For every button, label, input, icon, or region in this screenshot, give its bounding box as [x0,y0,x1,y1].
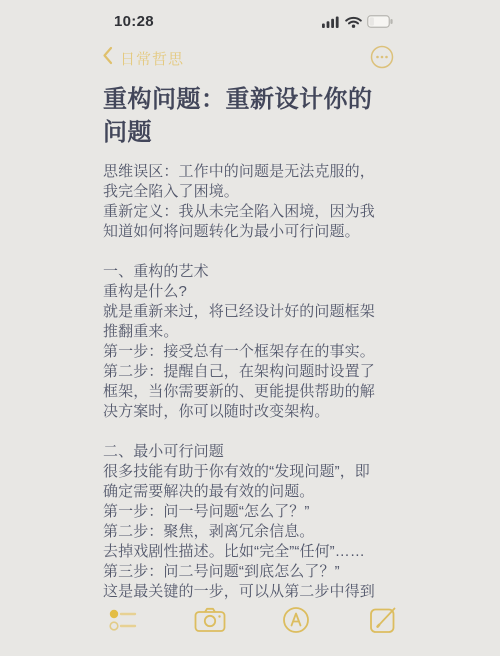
section-heading: 一、重构的艺术 [103,262,393,282]
text-line: 去掉戏剧性描述。比如“完全”“任何”…… [103,542,393,562]
compose-icon [369,606,397,639]
camera-button[interactable] [194,606,226,638]
text-line: 知道如何将问题转化为最小可行问题。 [103,222,393,242]
text-line: 第二步：聚焦，剥离冗余信息。 [103,522,393,542]
checklist-button[interactable] [107,606,139,638]
text-line: 决方案时，你可以随时改变架构。 [103,402,393,422]
more-options-button[interactable] [370,45,394,69]
wifi-icon [345,15,362,33]
section-1: 一、重构的艺术 重构是什么? 就是重新来过，将已经设计好的问题框架 推翻重来。 … [103,262,393,422]
note-content: 重构问题：重新设计你的问题 思维误区：工作中的问题是无法克服的， 我完全陷入了困… [103,80,393,602]
compose-button[interactable] [367,606,399,638]
section-2: 二、最小可行问题 很多技能有助于你有效的“发现问题”，即 确定需要解决的最有效的… [103,442,393,602]
text-line: 第一步：问一号问题“怎么了？” [103,502,393,522]
text-line: 我完全陷入了困境。 [103,182,393,202]
back-button[interactable]: 日常哲思 [102,46,394,70]
battery-icon [367,15,393,33]
text-line: 这是最关键的一步，可以从第二步中得到 [103,582,393,602]
bottom-toolbar [107,602,399,642]
clock-time: 10:28 [114,13,154,30]
text-line: 框架，当你需要新的、更能提供帮助的解 [103,382,393,402]
text-line: 就是重新来过，将已经设计好的问题框架 [103,302,393,322]
text-line: 重构是什么? [103,282,393,302]
text-line: 确定需要解决的最有效的问题。 [103,482,393,502]
text-line: 第三步：问二号问题“到底怎么了？” [103,562,393,582]
font-style-button[interactable] [280,606,312,638]
text-line: 第二步：提醒自己，在架构问题时设置了 [103,362,393,382]
nav-bar: 日常哲思 [102,46,394,70]
chevron-left-icon [102,46,113,70]
text-line: 重新定义：我从未完全陷入困境，因为我 [103,202,393,222]
phone-screen: 10:28 [0,0,500,656]
status-icons [322,15,393,33]
status-bar: 10:28 [0,12,500,32]
text-line: 推翻重来。 [103,322,393,342]
font-style-icon [282,606,310,639]
text-line: 第一步：接受总有一个框架存在的事实。 [103,342,393,362]
text-line: 很多技能有助于你有效的“发现问题”，即 [103,462,393,482]
note-title: 重构问题：重新设计你的问题 [103,83,393,149]
cellular-signal-icon [322,15,340,33]
text-line: 思维误区：工作中的问题是无法克服的， [103,162,393,182]
intro-paragraph: 思维误区：工作中的问题是无法克服的， 我完全陷入了困境。 重新定义：我从未完全陷… [103,162,393,242]
channel-title: 日常哲思 [120,48,184,69]
section-heading: 二、最小可行问题 [103,442,393,462]
checklist-icon [108,607,138,638]
camera-icon [194,607,226,638]
ellipsis-circle-icon [370,56,394,73]
